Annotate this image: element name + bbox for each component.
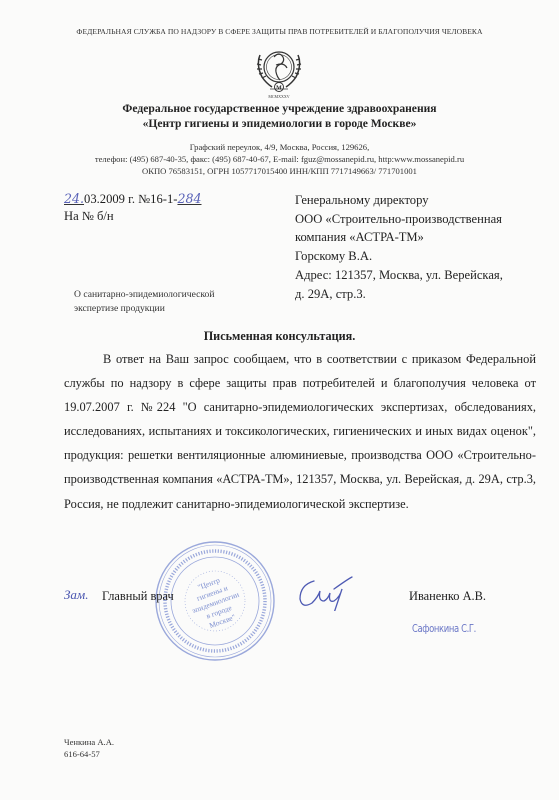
- agency-header: ФЕДЕРАЛЬНАЯ СЛУЖБА ПО НАДЗОРУ В СФЕРЕ ЗА…: [0, 27, 559, 36]
- organization-line-2: «Центр гигиены и эпидемиологии в городе …: [0, 116, 559, 131]
- organization-codes: ОКПО 76583151, ОГРН 1057717015400 ИНН/КП…: [0, 165, 559, 177]
- organization-contacts: Графский переулок, 4/9, Москва, Россия, …: [0, 141, 559, 177]
- signature-icon: [294, 575, 356, 611]
- document-title: Письменная консультация.: [0, 329, 559, 344]
- executor-phone: 616-64-57: [64, 748, 114, 760]
- registration-number: 24.03.2009 г. №16-1-284 На № б/н: [64, 190, 202, 225]
- recipient-line: Адрес: 121357, Москва, ул. Верейская,: [295, 266, 503, 285]
- executor-name: Ченкина А.А.: [64, 736, 114, 748]
- recipient-line: компания «АСТРА-ТМ»: [295, 228, 503, 247]
- recipient-line: д. 29А, стр.3.: [295, 285, 503, 304]
- date-number-text: 03.2009 г. №16-1-: [84, 192, 177, 206]
- organization-title: Федеральное государственное учреждение з…: [0, 101, 559, 131]
- recipient-line: Горскому В.А.: [295, 247, 503, 266]
- organization-phones: телефон: (495) 687-40-35, факс: (495) 68…: [0, 153, 559, 165]
- body-paragraph: В ответ на Ваш запрос сообщаем, что в со…: [64, 347, 536, 516]
- subject-line: О санитарно-эпидемиологической экспертиз…: [74, 288, 214, 315]
- signer-position: Главный врач: [102, 589, 174, 604]
- organization-address: Графский переулок, 4/9, Москва, Россия, …: [0, 141, 559, 153]
- handwritten-initials: Зам.: [64, 587, 88, 603]
- recipient-block: Генеральному директору ООО «Строительно-…: [295, 191, 503, 303]
- svg-text:MCMXXXV: MCMXXXV: [268, 94, 289, 99]
- document-body: В ответ на Ваш запрос сообщаем, что в со…: [64, 347, 536, 516]
- subject-line-2: экспертизе продукции: [74, 302, 214, 316]
- handwritten-day: 24.: [64, 191, 84, 206]
- reply-reference: На № б/н: [64, 208, 202, 225]
- name-stamp: Сафонкина С.Г.: [412, 623, 476, 635]
- handwritten-number: 284: [177, 191, 201, 206]
- organization-line-1: Федеральное государственное учреждение з…: [0, 101, 559, 116]
- recipient-line: Генеральному директору: [295, 191, 503, 210]
- outgoing-number: 24.03.2009 г. №16-1-284: [64, 190, 202, 208]
- svg-text:M: M: [276, 85, 282, 91]
- recipient-line: ООО «Строительно-производственная: [295, 210, 503, 229]
- signature-row: Зам. Главный врач Иваненко А.В.: [64, 589, 544, 613]
- executor-info: Ченкина А.А. 616-64-57: [64, 736, 114, 761]
- emblem-icon: M MCMXXXV: [246, 43, 312, 101]
- subject-line-1: О санитарно-эпидемиологической: [74, 288, 214, 302]
- signer-name: Иваненко А.В.: [409, 589, 486, 604]
